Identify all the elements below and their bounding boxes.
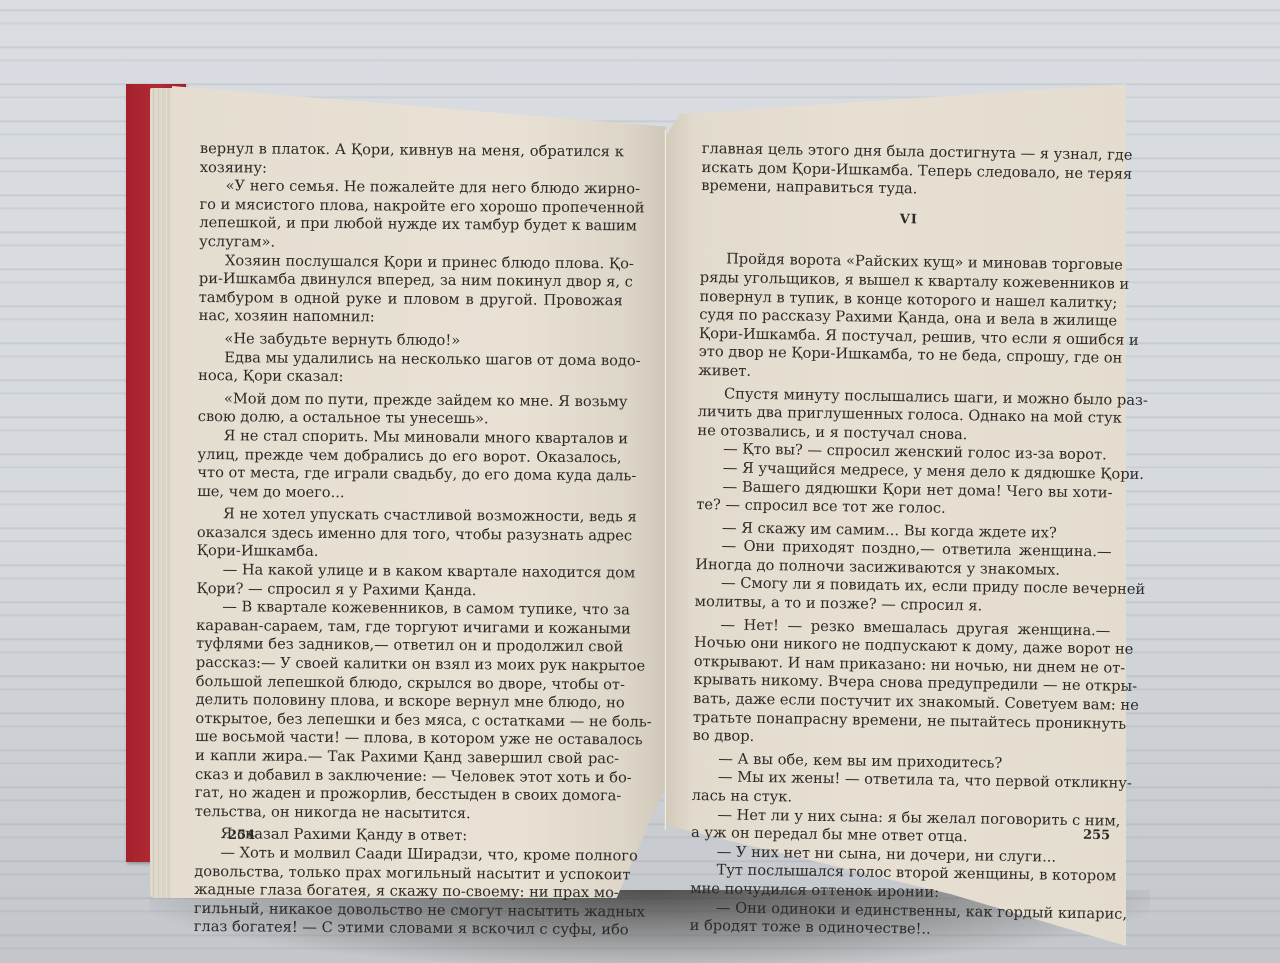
page-number-right: 255 bbox=[1083, 828, 1110, 843]
text-line: носа, Қори сказал: bbox=[198, 367, 622, 389]
page-number-left: 254 bbox=[228, 828, 255, 843]
left-page-text: вернул в платок. А Қори, кивнув на меня,… bbox=[194, 140, 624, 940]
text-line: глаз богатея! — С этими словами я вскочи… bbox=[194, 918, 618, 940]
text-line: ше, чем до моего... bbox=[197, 483, 621, 505]
chapter-heading: VI bbox=[701, 208, 1117, 233]
right-page-text: главная цель этого дня была достигнута —… bbox=[690, 140, 1118, 942]
book-gutter bbox=[664, 130, 667, 830]
text-line: тельства, он никогда не насытится. bbox=[195, 803, 619, 825]
text-line: нас, хозяин напомнил: bbox=[199, 307, 623, 329]
